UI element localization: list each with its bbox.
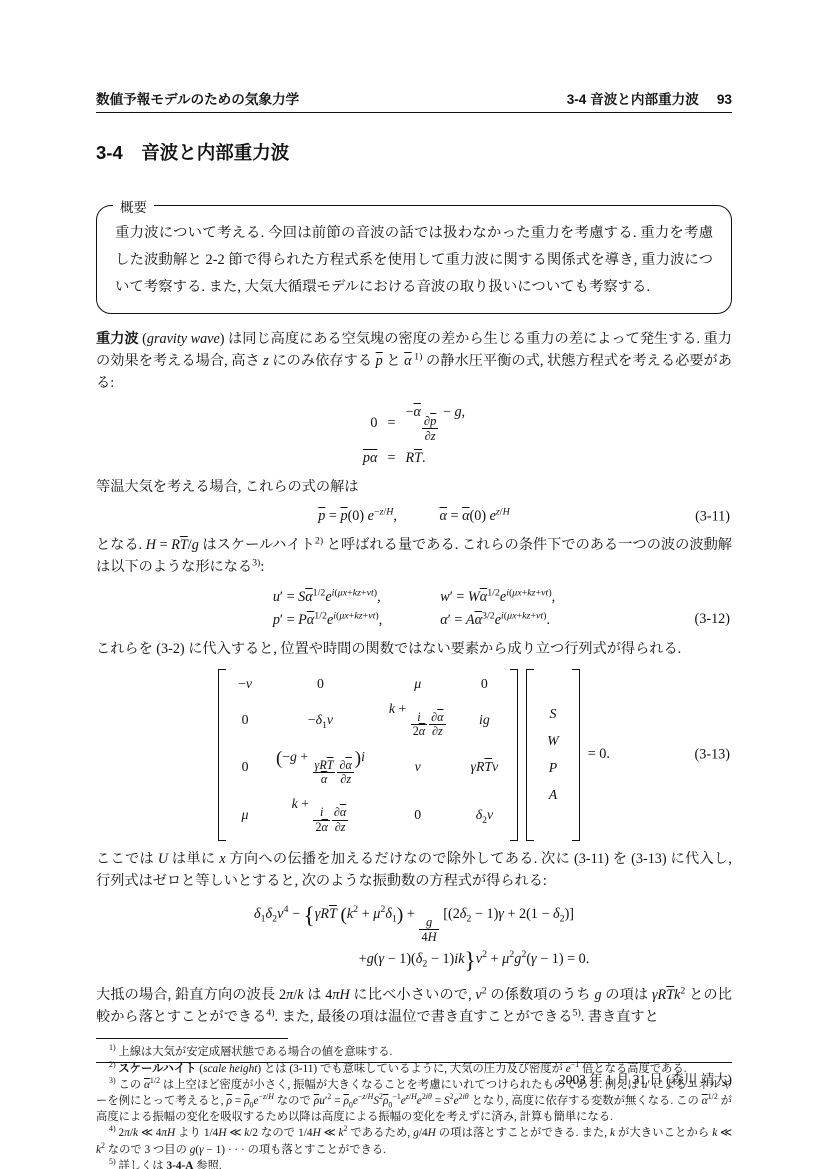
matrix-cell: δ2ν bbox=[476, 807, 493, 823]
matrix-equals-zero: = 0. bbox=[588, 746, 610, 763]
equation-number: (3-12) bbox=[695, 611, 730, 628]
matrix-bracket-right bbox=[510, 669, 518, 841]
vector-cell: P bbox=[549, 760, 557, 776]
page-number: 93 bbox=[717, 92, 732, 107]
equation-3-13-matrix: −ν 0 μ 0 0 −δ1ν k + i2α∂α∂z ig 0 (−g + γ… bbox=[96, 669, 732, 841]
matrix-cell: −ν bbox=[238, 676, 252, 692]
eq-sign: = bbox=[387, 450, 395, 467]
eq-term: p′ = Pα1/2ei(μx+kz+νt), bbox=[273, 612, 382, 629]
matrix-cell: ν bbox=[415, 759, 421, 775]
equation-3-12: u′ = Sα1/2ei(μx+kz+νt), w′ = Wα1/2ei(μx+… bbox=[96, 589, 732, 629]
matrix-cell: 0 bbox=[242, 759, 249, 775]
equation-frequency: δ1δ2ν4 − {γRT (k2 + μ2δ1) + g4H [(2δ2 − … bbox=[96, 903, 732, 975]
matrix-cell: ig bbox=[479, 712, 490, 728]
matrix-cell: 0 bbox=[481, 676, 488, 692]
running-header: 数値予報モデルのための気象力学 3-4 音波と内部重力波 93 bbox=[96, 88, 732, 113]
paragraph-frequency: ここでは U は単に x 方向への伝播を加えるだけなので除外してある. 次に (… bbox=[96, 849, 732, 893]
matrix-grid: −ν 0 μ 0 0 −δ1ν k + i2α∂α∂z ig 0 (−g + γ… bbox=[226, 669, 510, 841]
equation-number: (3-13) bbox=[695, 746, 730, 763]
matrix-bracket-left bbox=[218, 669, 226, 841]
document-page: 数値予報モデルのための気象力学 3-4 音波と内部重力波 93 3-4 音波と内… bbox=[0, 0, 826, 1169]
header-book-title: 数値予報モデルのための気象力学 bbox=[96, 88, 299, 108]
page-footer: 2003 年 1 月 31 日 (森川 靖大) bbox=[96, 1062, 732, 1088]
paragraph-approximation: 大抵の場合, 鉛直方向の波長 2π/k は 4πH に比べ小さいので, ν2 の… bbox=[96, 985, 732, 1029]
vector-cell: S bbox=[550, 706, 557, 722]
header-right: 3-4 音波と内部重力波 93 bbox=[567, 88, 732, 108]
eq-lhs: pα bbox=[363, 450, 378, 467]
footer-date: 2003 年 1 月 31 日 (森川 靖大) bbox=[559, 1072, 732, 1087]
eq-term: u′ = Sα1/2ei(μx+kz+νt), bbox=[273, 589, 381, 606]
equation-hydrostatic: 0 = −α∂p∂z − g, pα = RT. bbox=[96, 404, 732, 466]
equation-number: (3-11) bbox=[695, 508, 730, 525]
matrix-cell: 0 bbox=[414, 807, 421, 823]
vector-cell: W bbox=[547, 733, 559, 749]
text-column: 数値予報モデルのための気象力学 3-4 音波と内部重力波 93 3-4 音波と内… bbox=[96, 88, 732, 1169]
abstract-box: 概要 重力波について考える. 今回は前節の音波の話では扱わなかった重力を考慮する… bbox=[96, 205, 732, 314]
eq-term: w′ = Wα1/2ei(μx+kz+νt), bbox=[440, 589, 555, 606]
eq-line2: +g(γ − 1)(δ2 − 1)ik}ν2 + μ2g2(γ − 1) = 0… bbox=[96, 948, 732, 975]
eq-rhs: −α∂p∂z − g, bbox=[405, 404, 465, 442]
header-section-title: 3-4 音波と内部重力波 bbox=[567, 88, 699, 108]
vector-bracket-right bbox=[572, 669, 580, 841]
matrix-cell: (−g + γRTα∂α∂z)i bbox=[276, 748, 365, 787]
paragraph-isothermal: 等温大気を考える場合, これらの式の解は bbox=[96, 477, 732, 499]
eq-body: p = p(0) e−z/H, α = α(0) ez/H bbox=[318, 508, 509, 524]
vector-cell: A bbox=[549, 787, 557, 803]
matrix-cell: k + i2α∂α∂z bbox=[292, 796, 350, 834]
footnote-rule bbox=[96, 1038, 288, 1039]
footnote-5: 5) 詳しくは 3-4-A 参照. bbox=[96, 1158, 732, 1169]
paragraph-scaleheight: となる. H = RT/g はスケールハイト2) と呼ばれる量である. これらの… bbox=[96, 535, 732, 579]
equation-3-11: p = p(0) e−z/H, α = α(0) ez/H (3-11) bbox=[96, 508, 732, 525]
abstract-text: 重力波について考える. 今回は前節の音波の話では扱わなかった重力を考慮する. 重… bbox=[115, 220, 713, 301]
matrix-cell: −δ1ν bbox=[308, 712, 333, 728]
abstract-label: 概要 bbox=[113, 196, 154, 216]
eq-line1: δ1δ2ν4 − {γRT (k2 + μ2δ1) + g4H [(2δ2 − … bbox=[96, 903, 732, 944]
eq-sign: = bbox=[387, 415, 395, 432]
section-heading: 3-4 音波と内部重力波 bbox=[96, 139, 732, 165]
matrix-cell: μ bbox=[242, 807, 249, 823]
matrix-cell: μ bbox=[414, 676, 421, 692]
vector-bracket-left bbox=[526, 669, 534, 841]
eq-lhs: 0 bbox=[370, 415, 377, 432]
paragraph-determinant: これらを (3-2) に代入すると, 位置や時間の関数ではない要素から成り立つ行… bbox=[96, 639, 732, 661]
eq-term: α′ = Aα3/2ei(μx+kz+νt). bbox=[440, 612, 550, 629]
matrix-cell: k + i2α∂α∂z bbox=[389, 701, 447, 739]
footnote-4: 4) 2π/k ≪ 4πH より 1/4H ≪ k/2 なので 1/4H ≪ k… bbox=[96, 1125, 732, 1157]
footnote-1: 1) 上線は大気が安定成層状態である場合の値を意味する. bbox=[96, 1044, 732, 1060]
matrix-cell: 0 bbox=[317, 676, 324, 692]
eq-rhs: RT. bbox=[405, 450, 425, 467]
paragraph-intro: 重力波 (gravity wave) は同じ高度にある空気塊の密度の差から生じる… bbox=[96, 329, 732, 394]
vector-grid: S W P A bbox=[534, 699, 572, 810]
matrix-cell: 0 bbox=[242, 712, 249, 728]
matrix-cell: γRTν bbox=[471, 759, 499, 775]
